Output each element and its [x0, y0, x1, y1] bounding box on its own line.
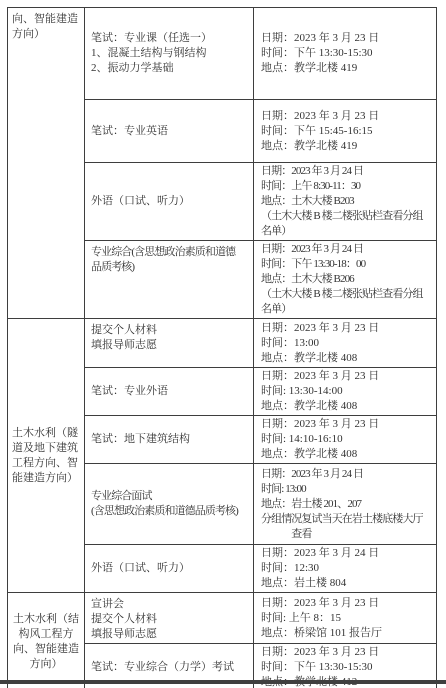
document-page: 向、智能建造 方向） 笔试：专业课（任选一） 1、混凝土结构与钢结构 2、振动力…	[0, 0, 446, 688]
program-cell-group2: 土木水利（隧 道及地下建筑 工程方向、智 能建造方向）	[8, 319, 85, 593]
schedule-cell-g2r4: 日期：2023 年 3 月 24 日 时间: 13:00 地点：岩土楼 201、…	[254, 464, 437, 545]
schedule-cell-g2r1: 日期：2023 年 3 月 23 日 时间：13:00 地点：教学北楼 408	[254, 319, 437, 368]
activity-cell-g1r2: 笔试：专业英语	[85, 100, 254, 163]
program-cell-group3: 土木水利（结 构风工程方 向、智能建造 方向）	[8, 593, 85, 688]
schedule-cell-g1r4: 日期：2023 年 3 月 24 日 时间：下午 13:30-18：00 地点：…	[254, 241, 437, 319]
activity-cell-g2r5: 外语（口试、听力）	[85, 545, 254, 593]
schedule-cell-g3r1: 日期：2023 年 3 月 23 日 时间: 上午 8：15 地点：桥梁馆 10…	[254, 593, 437, 644]
activity-cell-g3r1: 宣讲会 提交个人材料 填报导师志愿	[85, 593, 254, 644]
program-cell-group1: 向、智能建造 方向）	[8, 8, 85, 319]
activity-cell-g2r1: 提交个人材料 填报导师志愿	[85, 319, 254, 368]
activity-cell-g2r2: 笔试：专业外语	[85, 368, 254, 416]
page-break-bar	[0, 680, 446, 684]
activity-cell-g1r4: 专业综合(含思想政治素质和道德 品质考核)	[85, 241, 254, 319]
schedule-cell-g2r2: 日期：2023 年 3 月 23 日 时间: 13:30-14:00 地点：教学…	[254, 368, 437, 416]
recruitment-schedule-table: 向、智能建造 方向） 笔试：专业课（任选一） 1、混凝土结构与钢结构 2、振动力…	[7, 7, 437, 688]
activity-cell-g2r3: 笔试：地下建筑结构	[85, 416, 254, 464]
schedule-cell-g1r1: 日期：2023 年 3 月 23 日 时间：下午 13:30-15:30 地点：…	[254, 8, 437, 100]
schedule-cell-g2r3: 日期：2023 年 3 月 23 日 时间: 14:10-16:10 地点：教学…	[254, 416, 437, 464]
schedule-cell-g2r5: 日期：2023 年 3 月 24 日 时间：12:30 地点：岩土楼 804	[254, 545, 437, 593]
schedule-cell-g1r2: 日期：2023 年 3 月 23 日 时间：下午 15:45-16:15 地点：…	[254, 100, 437, 163]
activity-cell-g2r4: 专业综合面试 (含思想政治素质和道德品质考核)	[85, 464, 254, 545]
activity-cell-g1r3: 外语（口试、听力）	[85, 163, 254, 241]
activity-cell-g1r1: 笔试：专业课（任选一） 1、混凝土结构与钢结构 2、振动力学基础	[85, 8, 254, 100]
schedule-cell-g1r3: 日期：2023 年 3 月 24 日 时间：上午 8:30-11：30 地点：土…	[254, 163, 437, 241]
